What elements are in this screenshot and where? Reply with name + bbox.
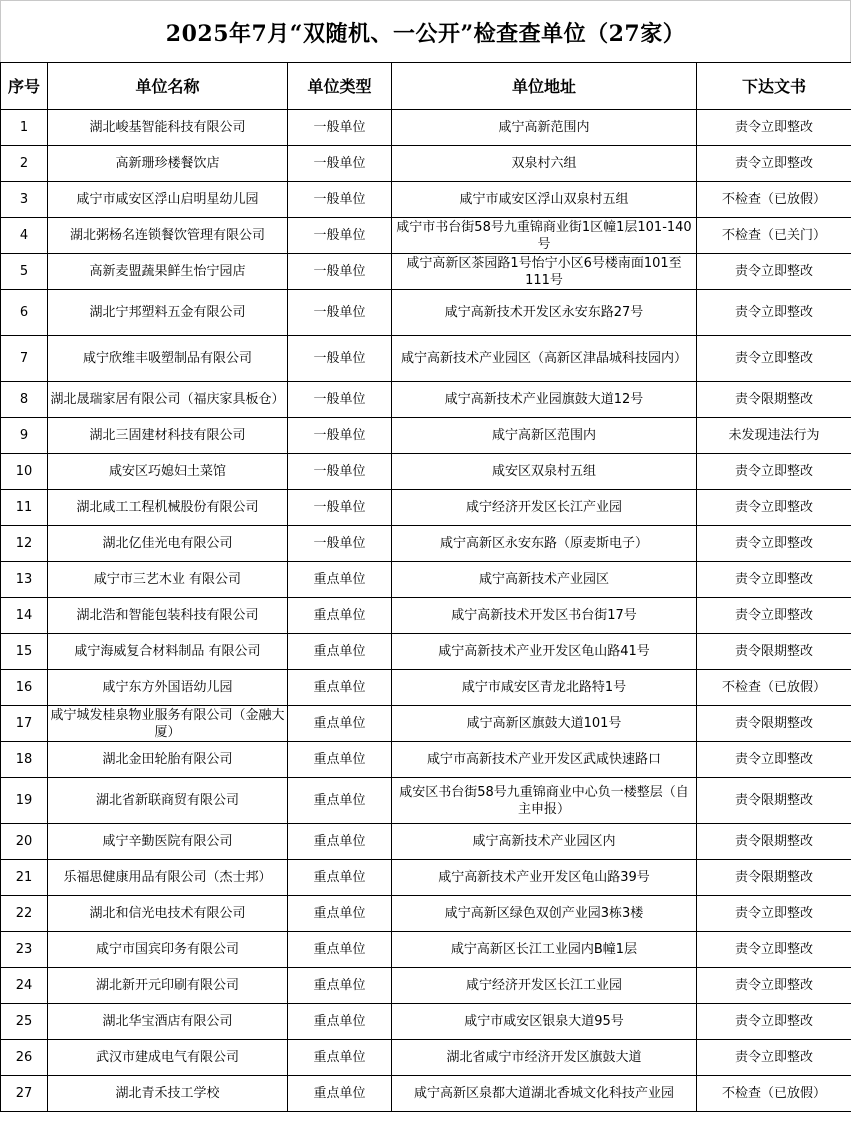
cell-name: 咸宁欣维丰吸塑制品有限公司 [48,336,288,382]
cell-document: 责令限期整改 [697,634,851,670]
cell-name: 高新珊珍楼餐饮店 [48,146,288,182]
cell-address: 咸宁高新技术产业园区（高新区津晶城科技园内） [392,336,697,382]
cell-type: 重点单位 [288,778,392,824]
cell-type: 重点单位 [288,742,392,778]
cell-type: 一般单位 [288,526,392,562]
table-row: 6湖北宁邦塑料五金有限公司一般单位咸宁高新技术开发区永安东路27号责令立即整改 [1,290,851,336]
table-row: 26武汉市建成电气有限公司重点单位湖北省咸宁市经济开发区旗鼓大道责令立即整改 [1,1040,851,1076]
cell-type: 一般单位 [288,382,392,418]
cell-name: 湖北晟瑞家居有限公司（福庆家具板仓） [48,382,288,418]
cell-no: 17 [1,706,48,742]
cell-document: 责令立即整改 [697,110,851,146]
cell-document: 责令立即整改 [697,968,851,1004]
cell-address: 咸宁市书台街58号九重锦商业街1区幢1层101-140号 [392,218,697,254]
cell-address: 咸宁高新区永安东路（原麦斯电子） [392,526,697,562]
cell-no: 3 [1,182,48,218]
cell-document: 责令限期整改 [697,382,851,418]
table-body: 1湖北峻基智能科技有限公司一般单位咸宁高新范围内责令立即整改2高新珊珍楼餐饮店一… [1,110,851,1112]
cell-document: 责令立即整改 [697,1040,851,1076]
cell-name: 湖北省新联商贸有限公司 [48,778,288,824]
cell-no: 1 [1,110,48,146]
cell-no: 11 [1,490,48,526]
header-row: 序号 单位名称 单位类型 单位地址 下达文书 [1,63,851,110]
cell-name: 乐福思健康用品有限公司（杰士邦） [48,860,288,896]
table-row: 23咸宁市国宾印务有限公司重点单位咸宁高新区长江工业园内B幢1层责令立即整改 [1,932,851,968]
cell-no: 6 [1,290,48,336]
header-name: 单位名称 [48,63,288,110]
cell-type: 重点单位 [288,562,392,598]
cell-document: 不检查（已放假） [697,670,851,706]
cell-document: 责令立即整改 [697,1004,851,1040]
inspection-table: 序号 单位名称 单位类型 单位地址 下达文书 1湖北峻基智能科技有限公司一般单位… [0,62,851,1112]
cell-name: 咸安区巧媳妇土菜馆 [48,454,288,490]
cell-address: 咸宁市咸安区浮山双泉村五组 [392,182,697,218]
cell-type: 重点单位 [288,1076,392,1112]
cell-no: 24 [1,968,48,1004]
table-row: 24湖北新开元印刷有限公司重点单位咸宁经济开发区长江工业园责令立即整改 [1,968,851,1004]
cell-type: 重点单位 [288,860,392,896]
cell-type: 重点单位 [288,896,392,932]
cell-no: 12 [1,526,48,562]
cell-type: 一般单位 [288,490,392,526]
cell-no: 15 [1,634,48,670]
cell-address: 咸宁高新技术产业园区内 [392,824,697,860]
cell-type: 重点单位 [288,1040,392,1076]
table-row: 8湖北晟瑞家居有限公司（福庆家具板仓）一般单位咸宁高新技术产业园旗鼓大道12号责… [1,382,851,418]
cell-no: 26 [1,1040,48,1076]
table-row: 2高新珊珍楼餐饮店一般单位双泉村六组责令立即整改 [1,146,851,182]
cell-type: 重点单位 [288,824,392,860]
cell-address: 咸宁高新技术产业开发区龟山路39号 [392,860,697,896]
cell-address: 咸宁高新区长江工业园内B幢1层 [392,932,697,968]
cell-no: 2 [1,146,48,182]
cell-address: 咸宁高新区绿色双创产业园3栋3楼 [392,896,697,932]
table-row: 18湖北金田轮胎有限公司重点单位咸宁市高新技术产业开发区武咸快速路口责令立即整改 [1,742,851,778]
cell-name: 咸宁城发桂泉物业服务有限公司（金融大厦） [48,706,288,742]
table-row: 12湖北亿佳光电有限公司一般单位咸宁高新区永安东路（原麦斯电子）责令立即整改 [1,526,851,562]
cell-type: 一般单位 [288,418,392,454]
cell-document: 未发现违法行为 [697,418,851,454]
cell-no: 5 [1,254,48,290]
cell-document: 责令立即整改 [697,932,851,968]
cell-type: 一般单位 [288,218,392,254]
cell-no: 21 [1,860,48,896]
cell-name: 湖北浩和智能包装科技有限公司 [48,598,288,634]
cell-address: 咸宁高新技术产业园区 [392,562,697,598]
table-row: 17咸宁城发桂泉物业服务有限公司（金融大厦）重点单位咸宁高新区旗鼓大道101号责… [1,706,851,742]
cell-address: 咸安区书台街58号九重锦商业中心负一楼整层（自主申报） [392,778,697,824]
cell-address: 咸宁高新区范围内 [392,418,697,454]
cell-type: 重点单位 [288,706,392,742]
cell-no: 20 [1,824,48,860]
cell-address: 咸宁高新区泉都大道湖北香城文化科技产业园 [392,1076,697,1112]
cell-name: 湖北青禾技工学校 [48,1076,288,1112]
header-no: 序号 [1,63,48,110]
cell-address: 咸宁高新技术开发区永安东路27号 [392,290,697,336]
cell-type: 重点单位 [288,598,392,634]
cell-type: 重点单位 [288,968,392,1004]
table-row: 22湖北和信光电技术有限公司重点单位咸宁高新区绿色双创产业园3栋3楼责令立即整改 [1,896,851,932]
cell-address: 咸宁高新区旗鼓大道101号 [392,706,697,742]
cell-name: 湖北新开元印刷有限公司 [48,968,288,1004]
cell-name: 咸宁市三艺木业 有限公司 [48,562,288,598]
cell-no: 8 [1,382,48,418]
cell-no: 10 [1,454,48,490]
cell-document: 责令立即整改 [697,526,851,562]
cell-no: 13 [1,562,48,598]
cell-address: 咸宁市咸安区银泉大道95号 [392,1004,697,1040]
cell-address: 咸宁高新区茶园路1号怡宁小区6号楼南面101至111号 [392,254,697,290]
cell-name: 湖北亿佳光电有限公司 [48,526,288,562]
table-row: 21乐福思健康用品有限公司（杰士邦）重点单位咸宁高新技术产业开发区龟山路39号责… [1,860,851,896]
table-row: 9湖北三固建材科技有限公司一般单位咸宁高新区范围内未发现违法行为 [1,418,851,454]
cell-document: 责令限期整改 [697,824,851,860]
cell-document: 责令立即整改 [697,562,851,598]
header-type: 单位类型 [288,63,392,110]
cell-name: 咸宁辛勤医院有限公司 [48,824,288,860]
table-row: 1湖北峻基智能科技有限公司一般单位咸宁高新范围内责令立即整改 [1,110,851,146]
cell-document: 不检查（已放假） [697,1076,851,1112]
cell-type: 一般单位 [288,290,392,336]
cell-address: 咸宁高新范围内 [392,110,697,146]
cell-address: 咸宁经济开发区长江工业园 [392,968,697,1004]
cell-name: 湖北和信光电技术有限公司 [48,896,288,932]
cell-name: 湖北三固建材科技有限公司 [48,418,288,454]
table-row: 15咸宁海威复合材料制品 有限公司重点单位咸宁高新技术产业开发区龟山路41号责令… [1,634,851,670]
cell-name: 湖北粥杨名连锁餐饮管理有限公司 [48,218,288,254]
cell-document: 责令立即整改 [697,254,851,290]
cell-document: 责令限期整改 [697,860,851,896]
cell-name: 高新麦盟蔬果鲜生怡宁园店 [48,254,288,290]
cell-name: 咸宁海威复合材料制品 有限公司 [48,634,288,670]
cell-address: 咸宁市咸安区青龙北路特1号 [392,670,697,706]
table-row: 4湖北粥杨名连锁餐饮管理有限公司一般单位咸宁市书台街58号九重锦商业街1区幢1层… [1,218,851,254]
cell-no: 9 [1,418,48,454]
cell-document: 责令立即整改 [697,598,851,634]
cell-name: 咸宁东方外国语幼儿园 [48,670,288,706]
table-row: 25湖北华宝酒店有限公司重点单位咸宁市咸安区银泉大道95号责令立即整改 [1,1004,851,1040]
cell-name: 湖北咸工工程机械股份有限公司 [48,490,288,526]
cell-document: 责令立即整改 [697,490,851,526]
cell-address: 咸宁高新技术产业开发区龟山路41号 [392,634,697,670]
cell-name: 湖北金田轮胎有限公司 [48,742,288,778]
cell-no: 22 [1,896,48,932]
cell-type: 重点单位 [288,1004,392,1040]
cell-document: 不检查（已关门） [697,218,851,254]
table-row: 7咸宁欣维丰吸塑制品有限公司一般单位咸宁高新技术产业园区（高新区津晶城科技园内）… [1,336,851,382]
cell-name: 湖北宁邦塑料五金有限公司 [48,290,288,336]
cell-document: 责令立即整改 [697,896,851,932]
cell-no: 25 [1,1004,48,1040]
cell-address: 咸宁经济开发区长江产业园 [392,490,697,526]
table-row: 10咸安区巧媳妇土菜馆一般单位咸安区双泉村五组责令立即整改 [1,454,851,490]
cell-type: 一般单位 [288,454,392,490]
table-row: 14湖北浩和智能包装科技有限公司重点单位咸宁高新技术开发区书台街17号责令立即整… [1,598,851,634]
cell-type: 一般单位 [288,336,392,382]
cell-address: 湖北省咸宁市经济开发区旗鼓大道 [392,1040,697,1076]
table-row: 20咸宁辛勤医院有限公司重点单位咸宁高新技术产业园区内责令限期整改 [1,824,851,860]
cell-type: 一般单位 [288,254,392,290]
cell-address: 双泉村六组 [392,146,697,182]
cell-name: 武汉市建成电气有限公司 [48,1040,288,1076]
cell-document: 责令立即整改 [697,454,851,490]
cell-address: 咸安区双泉村五组 [392,454,697,490]
table-row: 19湖北省新联商贸有限公司重点单位咸安区书台街58号九重锦商业中心负一楼整层（自… [1,778,851,824]
cell-address: 咸宁高新技术产业园旗鼓大道12号 [392,382,697,418]
cell-document: 责令限期整改 [697,706,851,742]
cell-no: 16 [1,670,48,706]
table-row: 11湖北咸工工程机械股份有限公司一般单位咸宁经济开发区长江产业园责令立即整改 [1,490,851,526]
cell-type: 一般单位 [288,146,392,182]
cell-no: 4 [1,218,48,254]
cell-type: 一般单位 [288,110,392,146]
cell-address: 咸宁高新技术开发区书台街17号 [392,598,697,634]
cell-document: 责令立即整改 [697,290,851,336]
cell-no: 18 [1,742,48,778]
cell-no: 14 [1,598,48,634]
cell-name: 咸宁市国宾印务有限公司 [48,932,288,968]
cell-document: 不检查（已放假） [697,182,851,218]
cell-name: 湖北峻基智能科技有限公司 [48,110,288,146]
cell-address: 咸宁市高新技术产业开发区武咸快速路口 [392,742,697,778]
table-row: 5高新麦盟蔬果鲜生怡宁园店一般单位咸宁高新区茶园路1号怡宁小区6号楼南面101至… [1,254,851,290]
cell-type: 重点单位 [288,670,392,706]
cell-no: 27 [1,1076,48,1112]
table-row: 3咸宁市咸安区浮山启明星幼儿园一般单位咸宁市咸安区浮山双泉村五组不检查（已放假） [1,182,851,218]
cell-name: 湖北华宝酒店有限公司 [48,1004,288,1040]
cell-document: 责令限期整改 [697,778,851,824]
table-row: 16咸宁东方外国语幼儿园重点单位咸宁市咸安区青龙北路特1号不检查（已放假） [1,670,851,706]
header-document: 下达文书 [697,63,851,110]
cell-no: 19 [1,778,48,824]
cell-type: 一般单位 [288,182,392,218]
cell-document: 责令立即整改 [697,742,851,778]
table-row: 27湖北青禾技工学校重点单位咸宁高新区泉都大道湖北香城文化科技产业园不检查（已放… [1,1076,851,1112]
header-address: 单位地址 [392,63,697,110]
cell-type: 重点单位 [288,634,392,670]
cell-no: 23 [1,932,48,968]
spreadsheet: 2025年7月“双随机、一公开”检查查单位（27家） 序号 单位名称 单位类型 … [0,0,851,1142]
cell-type: 重点单位 [288,932,392,968]
cell-document: 责令立即整改 [697,336,851,382]
cell-name: 咸宁市咸安区浮山启明星幼儿园 [48,182,288,218]
cell-document: 责令立即整改 [697,146,851,182]
table-row: 13咸宁市三艺木业 有限公司重点单位咸宁高新技术产业园区责令立即整改 [1,562,851,598]
cell-no: 7 [1,336,48,382]
sheet-title: 2025年7月“双随机、一公开”检查查单位（27家） [0,0,851,63]
